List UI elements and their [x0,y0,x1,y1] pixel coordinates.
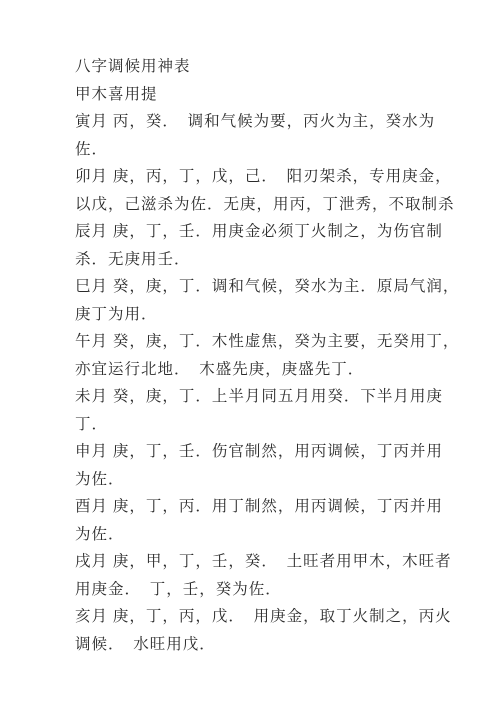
text-line: 杀．无庚用壬． [75,246,480,274]
text-line: 辰月 庚，丁，壬．用庚金必须丁火制之，为伤官制 [75,218,480,246]
text-line: 卯月 庚，丙，丁，戊，己． 阳刃架杀，专用庚金， [75,163,480,191]
text-line: 未月 癸，庚，丁．上半月同五月用癸．下半月用庚 [75,383,480,411]
text-line: 午月 癸，庚，丁．木性虚焦，癸为主要，无癸用丁， [75,328,480,356]
document-title: 八字调候用神表 [75,53,480,81]
text-line: 巳月 癸，庚，丁．调和气候，癸水为主．原局气润， [75,273,480,301]
text-line: 调候． 水旺用戊． [75,631,480,659]
text-line: 申月 庚，丁，壬．伤官制然，用丙调候，丁丙并用 [75,438,480,466]
text-line: 以戊，己滋杀为佐．无庚，用丙，丁泄秀，不取制杀 [75,191,480,219]
text-line: 寅月 丙，癸． 调和气候为要，丙火为主，癸水为 [75,108,480,136]
text-line: 庚丁为用． [75,301,480,329]
text-line: 为佐． [75,466,480,494]
text-line: 亦宜运行北地． 木盛先庚，庚盛先丁． [75,356,480,384]
text-line: 用庚金． 丁，壬，癸为佐． [75,576,480,604]
text-line: 亥月 庚，丁，丙，戊． 用庚金，取丁火制之，丙火 [75,603,480,631]
document-page: 八字调候用神表 甲木喜用提 寅月 丙，癸． 调和气候为要，丙火为主，癸水为 佐．… [0,0,500,708]
text-line: 戌月 庚，甲，丁，壬，癸． 土旺者用甲木，木旺者 [75,548,480,576]
text-line: 丁． [75,411,480,439]
text-line: 为佐． [75,521,480,549]
section-heading: 甲木喜用提 [75,81,480,109]
text-line: 酉月 庚，丁，丙．用丁制然，用丙调候，丁丙并用 [75,493,480,521]
text-line: 佐． [75,136,480,164]
